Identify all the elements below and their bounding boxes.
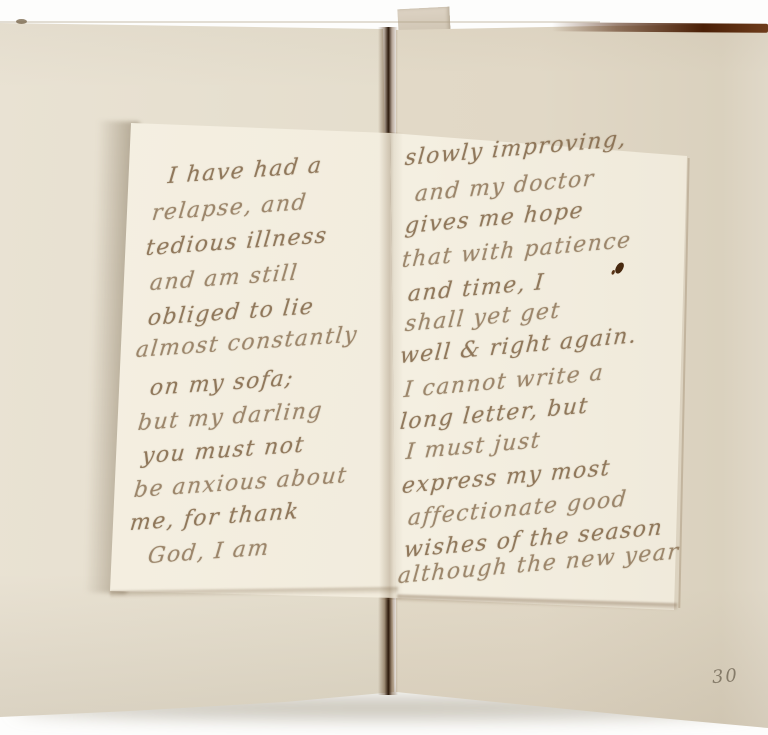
page-top-edge — [0, 21, 600, 23]
photograph-of-open-album: I have had a relapse, and tedious illnes… — [0, 0, 768, 735]
folio-number-pencil: 30 — [711, 665, 740, 688]
handwriting-line: relapse, and — [151, 190, 309, 226]
handwriting-left-page: I have had a relapse, and tedious illnes… — [131, 123, 393, 595]
book-cover-edge — [552, 22, 768, 33]
handwriting-line: on my sofa; — [149, 366, 296, 401]
handwriting-right-page: slowly improving, and my doctor gives me… — [394, 135, 686, 613]
handwriting-line: I have had a — [167, 153, 324, 189]
handwriting-line: me, for thank — [129, 499, 301, 536]
handwriting-line: you must not — [141, 432, 307, 469]
handwriting-line: be anxious about — [133, 463, 349, 503]
handwriting-line: but my darling — [137, 398, 325, 436]
handwriting-line: I must just — [405, 428, 542, 465]
handwriting-line: God, I am — [147, 535, 271, 569]
handwriting-line: tedious illness — [145, 223, 329, 261]
handwriting-line: and am still — [149, 261, 300, 297]
cover-speck — [16, 19, 27, 24]
handwriting-line: obliged to lie — [147, 294, 316, 331]
